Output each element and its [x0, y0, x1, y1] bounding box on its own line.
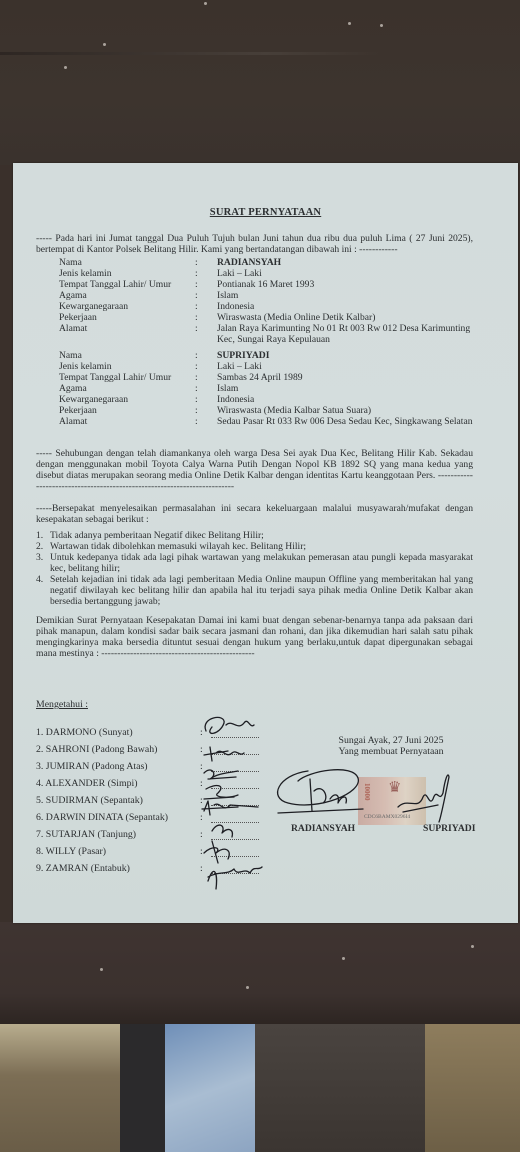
signature-radiansyah	[268, 763, 368, 823]
agreement-item-text: Untuk kedepanya tidak ada lagi pihak war…	[50, 552, 473, 574]
dust-speck	[103, 43, 106, 46]
signature-supriyadi	[393, 767, 463, 827]
agreement-item-text: Wartawan tidak dibolehkan memasuki wilay…	[50, 541, 473, 552]
identity-row: Tempat Tanggal Lahir/ Umur:Sambas 24 Apr…	[59, 372, 479, 383]
background-surface-top	[0, 0, 520, 165]
field-label: Alamat	[59, 416, 195, 427]
field-value: Sedau Pasar Rt 033 Rw 006 Desa Sedau Kec…	[217, 416, 479, 427]
dust-speck	[380, 24, 383, 27]
witness-name: 8. WILLY (Pasar)	[36, 846, 186, 863]
background-lap-area	[0, 1024, 520, 1152]
field-colon: :	[195, 394, 217, 405]
field-label: Pekerjaan	[59, 405, 195, 416]
field-value: Islam	[217, 383, 479, 394]
place-date-block: Sungai Ayak, 27 Juni 2025 Yang membuat P…	[321, 735, 461, 757]
identity-row: Kewarganegaraan:Indonesia	[59, 301, 479, 312]
agreement-item: 2.Wartawan tidak dibolehkan memasuki wil…	[36, 541, 473, 552]
field-value: Jalan Raya Karimunting No 01 Rt 003 Rw 0…	[217, 323, 479, 345]
statement-paper: SURAT PERNYATAAN ----- Pada hari ini Jum…	[13, 163, 518, 923]
witness-signatures	[198, 713, 268, 913]
intro-paragraph: ----- Pada hari ini Jumat tanggal Dua Pu…	[36, 233, 473, 255]
agreement-intro: -----Bersepakat menyelesaikan permasalah…	[36, 503, 473, 525]
identity-row: Pekerjaan:Wiraswasta (Media Kalbar Satua…	[59, 405, 479, 416]
dust-speck	[64, 66, 67, 69]
identity-row: Tempat Tanggal Lahir/ Umur:Pontianak 16 …	[59, 279, 479, 290]
background-ledge	[0, 922, 520, 1024]
agreement-list: 1.Tidak adanya pemberitaan Negatif dikec…	[36, 530, 473, 607]
dust-speck	[100, 968, 103, 971]
place-date: Sungai Ayak, 27 Juni 2025	[321, 735, 461, 746]
identity-row: Kewarganegaraan:Indonesia	[59, 394, 479, 405]
field-colon: :	[195, 416, 217, 427]
agreement-item-number: 4.	[36, 574, 50, 607]
agreement-item-text: Tidak adanya pemberitaan Negatif dikec B…	[50, 530, 473, 541]
field-label: Pekerjaan	[59, 312, 195, 323]
agreement-item: 4.Setelah kejadian ini tidak ada lagi pe…	[36, 574, 473, 607]
witness-name: 3. JUMIRAN (Padong Atas)	[36, 761, 186, 778]
field-label: Agama	[59, 383, 195, 394]
dust-speck	[204, 2, 207, 5]
agreement-item-text: Setelah kejadian ini tidak ada lagi pemb…	[50, 574, 473, 607]
field-colon: :	[195, 279, 217, 290]
signer-radiansyah: RADIANSYAH	[291, 823, 355, 834]
party-1-identity: Nama:RADIANSYAHJenis kelamin:Laki – Laki…	[59, 257, 479, 345]
field-colon: :	[195, 383, 217, 394]
field-colon: :	[195, 323, 217, 345]
maker-label: Yang membuat Pernyataan	[321, 746, 461, 757]
field-colon: :	[195, 257, 217, 268]
agreement-item: 1.Tidak adanya pemberitaan Negatif dikec…	[36, 530, 473, 541]
identity-row: Agama:Islam	[59, 383, 479, 394]
identity-row: Nama:SUPRIYADI	[59, 350, 479, 361]
agreement-item-number: 2.	[36, 541, 50, 552]
field-value: SUPRIYADI	[217, 350, 479, 361]
field-label: Nama	[59, 350, 195, 361]
field-value: Indonesia	[217, 301, 479, 312]
field-label: Tempat Tanggal Lahir/ Umur	[59, 279, 195, 290]
field-value: Wiraswasta (Media Kalbar Satua Suara)	[217, 405, 479, 416]
field-label: Agama	[59, 290, 195, 301]
witness-name: 6. DARWIN DINATA (Sepantak)	[36, 812, 186, 829]
agreement-item-number: 1.	[36, 530, 50, 541]
field-value: Sambas 24 April 1989	[217, 372, 479, 383]
agreement-item: 3.Untuk kedepanya tidak ada lagi pihak w…	[36, 552, 473, 574]
field-value: Wiraswasta (Media Online Detik Kalbar)	[217, 312, 479, 323]
field-value: RADIANSYAH	[217, 257, 479, 268]
field-label: Tempat Tanggal Lahir/ Umur	[59, 372, 195, 383]
field-label: Kewarganegaraan	[59, 394, 195, 405]
field-label: Nama	[59, 257, 195, 268]
dust-speck	[246, 986, 249, 989]
field-label: Jenis kelamin	[59, 361, 195, 372]
identity-row: Pekerjaan:Wiraswasta (Media Online Detik…	[59, 312, 479, 323]
field-colon: :	[195, 301, 217, 312]
identity-row: Jenis kelamin:Laki – Laki	[59, 361, 479, 372]
witness-name: 2. SAHRONI (Padong Bawah)	[36, 744, 186, 761]
field-value: Islam	[217, 290, 479, 301]
signer-supriyadi: SUPRIYADI	[423, 823, 475, 834]
field-value: Indonesia	[217, 394, 479, 405]
identity-row: Alamat:Sedau Pasar Rt 033 Rw 006 Desa Se…	[59, 416, 479, 427]
identity-row: Jenis kelamin:Laki – Laki	[59, 268, 479, 279]
witness-name: 7. SUTARJAN (Tanjung)	[36, 829, 186, 846]
field-label: Alamat	[59, 323, 195, 345]
dust-speck	[348, 22, 351, 25]
witness-name: 5. SUDIRMAN (Sepantak)	[36, 795, 186, 812]
identity-row: Alamat:Jalan Raya Karimunting No 01 Rt 0…	[59, 323, 479, 345]
field-colon: :	[195, 268, 217, 279]
identity-row: Agama:Islam	[59, 290, 479, 301]
background-paragraph: ----- Sehubungan dengan telah diamankany…	[36, 448, 473, 492]
field-colon: :	[195, 361, 217, 372]
field-colon: :	[195, 372, 217, 383]
witness-name: 4. ALEXANDER (Simpi)	[36, 778, 186, 795]
wood-seam	[0, 52, 380, 55]
field-value: Laki – Laki	[217, 361, 479, 372]
field-label: Kewarganegaraan	[59, 301, 195, 312]
witnesses-heading: Mengetahui :	[36, 699, 88, 710]
closing-paragraph: Demikian Surat Pernyataan Kesepakatan Da…	[36, 615, 473, 659]
party-2-identity: Nama:SUPRIYADIJenis kelamin:Laki – LakiT…	[59, 350, 479, 427]
field-colon: :	[195, 312, 217, 323]
dust-speck	[342, 957, 345, 960]
identity-row: Nama:RADIANSYAH	[59, 257, 479, 268]
document-title: SURAT PERNYATAAN	[13, 207, 518, 218]
field-colon: :	[195, 405, 217, 416]
field-colon: :	[195, 290, 217, 301]
dust-speck	[471, 945, 474, 948]
witness-name: 1. DARMONO (Sunyat)	[36, 727, 186, 744]
field-value: Pontianak 16 Maret 1993	[217, 279, 479, 290]
field-colon: :	[195, 350, 217, 361]
witness-name: 9. ZAMRAN (Entabuk)	[36, 863, 186, 880]
field-label: Jenis kelamin	[59, 268, 195, 279]
agreement-item-number: 3.	[36, 552, 50, 574]
field-value: Laki – Laki	[217, 268, 479, 279]
